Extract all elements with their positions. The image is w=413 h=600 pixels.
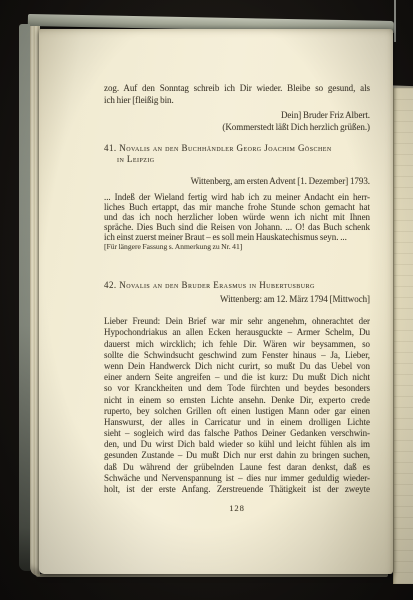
text-line: (Kommerstedt läßt Dich herzlich grüßen.) [104, 122, 370, 134]
text-line: so vor Kranckheiten und dem Tode fürchte… [104, 383, 370, 394]
page-bottom-edge [36, 574, 388, 577]
section-letter42-body: Lieber Freund: Dein Brief war mir sehr a… [104, 316, 370, 495]
section-letter41-body: ... Indeß der Wieland fertig wird hab ic… [104, 192, 370, 242]
text-line: Hanswurst, der alles in Carricatur und i… [104, 417, 370, 428]
page-number: 128 [104, 503, 370, 513]
text-line: daß Du während der grübelnden Laune fest… [104, 462, 370, 473]
text-line: sieht – sogleich wird das falsche Pathos… [104, 428, 370, 439]
section-letter41-heading: 41. Novalis an den Buchhändler Georg Joa… [104, 143, 370, 166]
section-letter40-end: zog. Auf den Sonntag schreib ich Dir wie… [104, 83, 370, 106]
text-block: zog. Auf den Sonntag schreib ich Dir wie… [104, 83, 370, 495]
section-letter40-signature: Dein] Bruder Friz Albert.(Kommerstedt lä… [104, 110, 370, 133]
text-line: 41. Novalis an den Buchhändler Georg Joa… [104, 143, 370, 155]
section-letter41-note: [Für längere Fassung s. Anmerkung zu Nr.… [104, 242, 370, 252]
section-letter41-dateline: Wittenberg, am ersten Advent [1. Dezembe… [104, 176, 370, 188]
bookmark-thread [394, 0, 396, 42]
text-line: Hypochondriakus an allen Ecken herausguc… [104, 327, 370, 338]
text-line: dauerst mich wircklich; ich fehle Dir. W… [104, 339, 370, 350]
text-line: zog. Auf den Sonntag schreib ich Dir wie… [104, 83, 370, 95]
text-line: spräche. Dies Buch sind die Reisen von J… [104, 222, 370, 232]
section-letter42-heading: 42. Novalis an den Bruder Erasmus in Hub… [104, 280, 370, 292]
text-line: Wittenberg: am 12. März 1794 [Mittwoch] [104, 294, 370, 306]
text-line: nicht in einem so ernsten Lichte ansehn.… [104, 395, 370, 406]
text-line: in Leipzig [104, 154, 370, 166]
text-line: und das ich noch herzlicher loben würde … [104, 212, 370, 222]
text-line: ich einst zuerst meiner Braut – es soll … [104, 232, 370, 242]
text-line: holt, ist der erste Anfang. Zerstreuende… [104, 484, 370, 495]
book-page: zog. Auf den Sonntag schreib ich Dir wie… [39, 29, 393, 574]
section-letter42-dateline: Wittenberg: am 12. März 1794 [Mittwoch] [104, 294, 370, 306]
text-line: liches Buch ertappt, das mir manche froh… [104, 202, 370, 212]
book-photo-scene: zog. Auf den Sonntag schreib ich Dir wie… [0, 0, 413, 600]
text-line: Schwäche und Nervenspannung ist – dies n… [104, 473, 370, 484]
next-page-edge [393, 88, 413, 584]
text-line: Wittenberg, am ersten Advent [1. Dezembe… [104, 176, 370, 188]
text-line: [Für längere Fassung s. Anmerkung zu Nr.… [104, 242, 370, 252]
text-line: ich hier [fleißig bin. [104, 95, 370, 107]
text-line: sollte die Schwindsucht geschwind zum Fe… [104, 350, 370, 361]
text-line: Dein] Bruder Friz Albert. [104, 110, 370, 122]
text-line: 42. Novalis an den Bruder Erasmus in Hub… [104, 280, 370, 292]
text-line: ruperto, bey solchen Grillen oft einen l… [104, 406, 370, 417]
text-line: einer andern Seite angreifen – und die i… [104, 372, 370, 383]
text-line: ... Indeß der Wieland fertig wird hab ic… [104, 192, 370, 202]
text-line: den, und Du wirst Dich bald wieder so kü… [104, 439, 370, 450]
text-line: gesunden Zustande – Du mußt Dich nur ers… [104, 450, 370, 461]
text-line: wenn Dein Handwerck Dich nicht curirt, s… [104, 361, 370, 372]
book-cover-left-edge [19, 24, 30, 571]
text-line: Lieber Freund: Dein Brief war mir sehr a… [104, 316, 370, 327]
